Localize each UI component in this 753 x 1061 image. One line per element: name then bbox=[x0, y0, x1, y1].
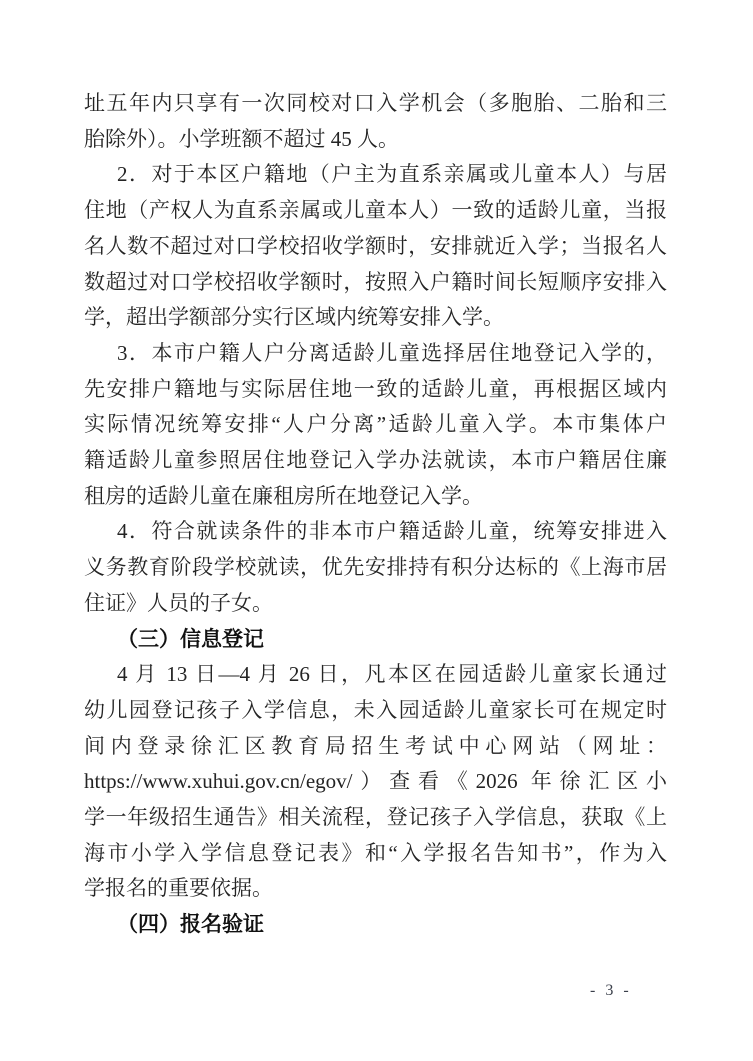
paragraph: 4．符合就读条件的非本市户籍适龄儿童，统筹安排进入义务教育阶段学校就读，优先安排… bbox=[84, 514, 667, 621]
text-line: （四）报名验证 bbox=[84, 907, 667, 943]
paragraph: 3．本市户籍人户分离适龄儿童选择居住地登记入学的，先安排户籍地与实际居住地一致的… bbox=[84, 336, 667, 515]
text-line: 学一年级招生通告》相关流程，登记孩子入学信息，获取《上 bbox=[84, 800, 667, 836]
paragraph: 址五年内只享有一次同校对口入学机会（多胞胎、二胎和三胎除外）。小学班额不超过 4… bbox=[84, 86, 667, 157]
text-line: 住证》人员的子女。 bbox=[84, 586, 667, 622]
text-line: 3．本市户籍人户分离适龄儿童选择居住地登记入学的， bbox=[84, 336, 667, 372]
text-line: 4．符合就读条件的非本市户籍适龄儿童，统筹安排进入 bbox=[84, 514, 667, 550]
text-line: 住地（产权人为直系亲属或儿童本人）一致的适龄儿童，当报 bbox=[84, 193, 667, 229]
section-heading: （三）信息登记 bbox=[84, 622, 667, 658]
text-line: 4 月 13 日—4 月 26 日，凡本区在园适龄儿童家长通过 bbox=[84, 657, 667, 693]
text-line: 名人数不超过对口学校招收学额时，安排就近入学；当报名人 bbox=[84, 229, 667, 265]
text-line: 学，超出学额部分实行区域内统筹安排入学。 bbox=[84, 300, 667, 336]
text-line: 间内登录徐汇区教育局招生考试中心网站（网址： bbox=[84, 729, 667, 765]
text-line: 2．对于本区户籍地（户主为直系亲属或儿童本人）与居 bbox=[84, 157, 667, 193]
text-line: 学报名的重要依据。 bbox=[84, 871, 667, 907]
text-line: 籍适龄儿童参照居住地登记入学办法就读，本市户籍居住廉 bbox=[84, 443, 667, 479]
text-line: 胎除外）。小学班额不超过 45 人。 bbox=[84, 122, 667, 158]
paragraph: 2．对于本区户籍地（户主为直系亲属或儿童本人）与居住地（产权人为直系亲属或儿童本… bbox=[84, 157, 667, 336]
text-line: 址五年内只享有一次同校对口入学机会（多胞胎、二胎和三 bbox=[84, 86, 667, 122]
text-line: 数超过对口学校招收学额时，按照入户籍时间长短顺序安排入 bbox=[84, 265, 667, 301]
text-line: 实际情况统筹安排“人户分离”适龄儿童入学。本市集体户 bbox=[84, 407, 667, 443]
text-line: （三）信息登记 bbox=[84, 622, 667, 658]
text-line: 幼儿园登记孩子入学信息，未入园适龄儿童家长可在规定时 bbox=[84, 693, 667, 729]
text-line: 租房的适龄儿童在廉租房所在地登记入学。 bbox=[84, 479, 667, 515]
section-heading: （四）报名验证 bbox=[84, 907, 667, 943]
text-line: https://www.xuhui.gov.cn/egov/）查看《2026 年… bbox=[84, 764, 667, 800]
page-number: - 3 - bbox=[590, 981, 632, 1001]
text-line: 义务教育阶段学校就读，优先安排持有积分达标的《上海市居 bbox=[84, 550, 667, 586]
text-line: 海市小学入学信息登记表》和“入学报名告知书”，作为入 bbox=[84, 836, 667, 872]
text-line: 先安排户籍地与实际居住地一致的适龄儿童，再根据区域内 bbox=[84, 372, 667, 408]
document-page: 址五年内只享有一次同校对口入学机会（多胞胎、二胎和三胎除外）。小学班额不超过 4… bbox=[0, 0, 753, 1061]
document-body: 址五年内只享有一次同校对口入学机会（多胞胎、二胎和三胎除外）。小学班额不超过 4… bbox=[84, 86, 667, 943]
paragraph: 4 月 13 日—4 月 26 日，凡本区在园适龄儿童家长通过幼儿园登记孩子入学… bbox=[84, 657, 667, 907]
